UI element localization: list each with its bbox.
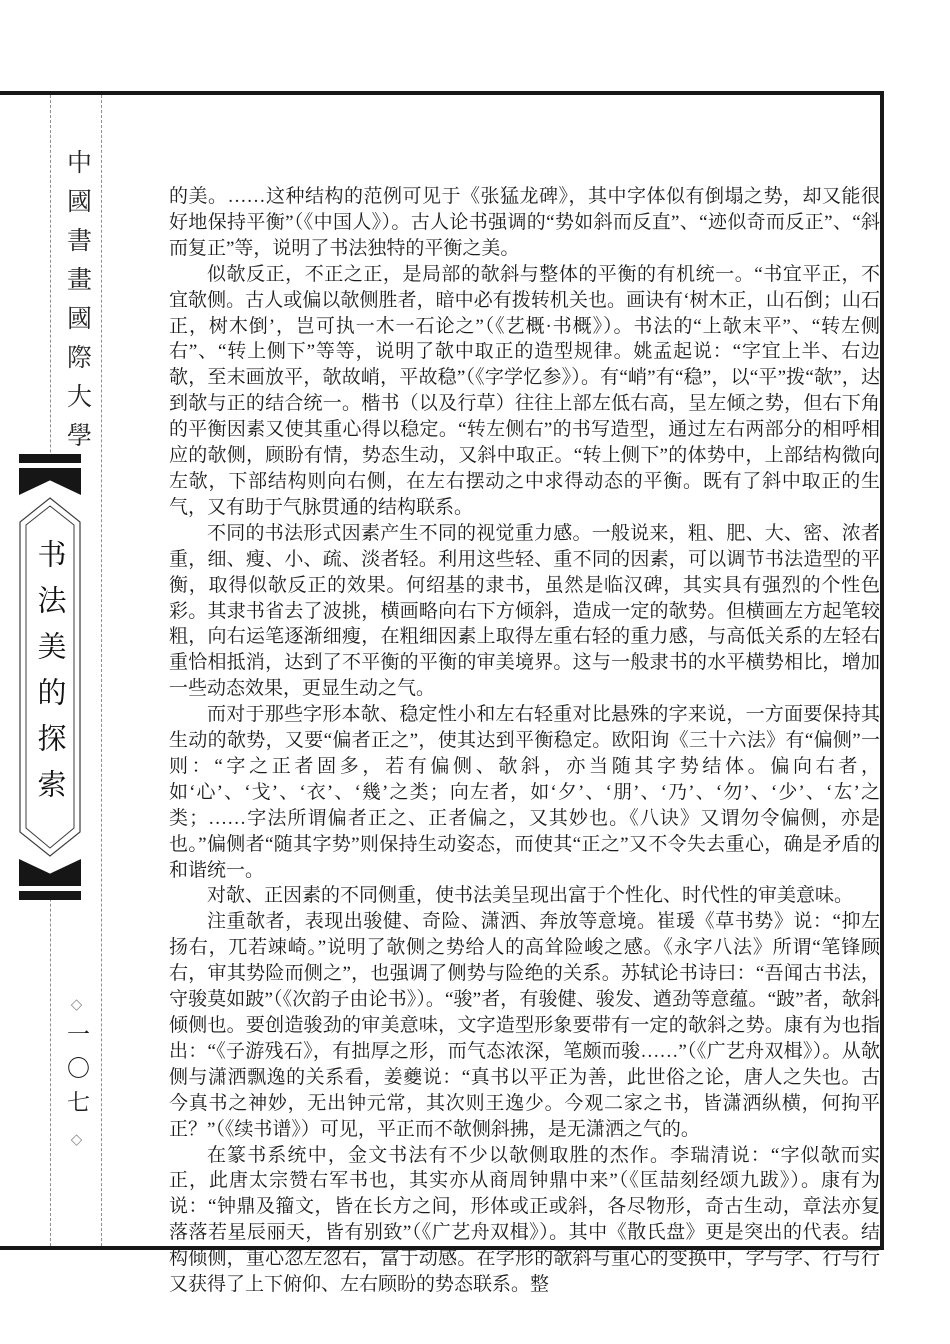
page-number: ◇ 一〇七 ◇ [51, 998, 102, 1148]
paragraph-7: 在篆书系统中，金文书法有不少以欹侧取胜的杰作。李瑞清说：“字似欹而实正，此唐太宗… [169, 1143, 880, 1298]
book-title: 书法美的探索 [30, 539, 71, 815]
diamond-ornament-icon: ◇ [71, 998, 83, 1013]
diamond-ornament-icon: ◇ [71, 1133, 83, 1148]
institution-title-text: 中國書畫國際大學 [59, 149, 95, 461]
book-title-banner: 书法美的探索 [19, 454, 81, 900]
paragraph-4: 而对于那些字形本欹、稳定性小和左右轻重对比悬殊的字来说，一方面要保持其生动的欹势… [169, 702, 880, 883]
frame-right-border [880, 91, 884, 1250]
frame-top-border [0, 91, 884, 95]
paragraph-2: 似欹反正，不正之正，是局部的欹斜与整体的平衡的有机统一。“书宜平正，不宜欹侧。古… [169, 262, 880, 521]
banner-ribbon-bottom-icon [19, 859, 81, 886]
book-page: 中國書畫國際大學 书法美的探索 ◇ 一〇七 ◇ 的美。……这种结构的范例可见于《… [0, 0, 950, 1344]
banner-top-bar [19, 454, 81, 463]
page-number-value: 一〇七 [60, 1022, 93, 1124]
body-text: 的美。……这种结构的范例可见于《张猛龙碑》，其中字体似有倒塌之势，却又能很好地保… [169, 184, 880, 1298]
banner-ribbon-top-icon [19, 468, 81, 495]
paragraph-1: 的美。……这种结构的范例可见于《张猛龙碑》，其中字体似有倒塌之势，却又能很好地保… [169, 184, 880, 262]
banner-cartouche: 书法美的探索 [19, 497, 81, 857]
institution-title: 中國書畫國際大學 [51, 140, 102, 470]
paragraph-6: 注重欹者，表现出骏健、奇险、潇洒、奔放等意境。崔瑗《草书势》说：“抑左扬右，兀若… [169, 909, 880, 1142]
paragraph-5: 对欹、正因素的不同侧重，使书法美呈现出富于个性化、时代性的审美意味。 [169, 883, 880, 909]
paragraph-3: 不同的书法形式因素产生不同的视觉重力感。一般说来，粗、肥、大、密、浓者重，细、瘦… [169, 521, 880, 702]
banner-bottom-bar [19, 891, 81, 900]
